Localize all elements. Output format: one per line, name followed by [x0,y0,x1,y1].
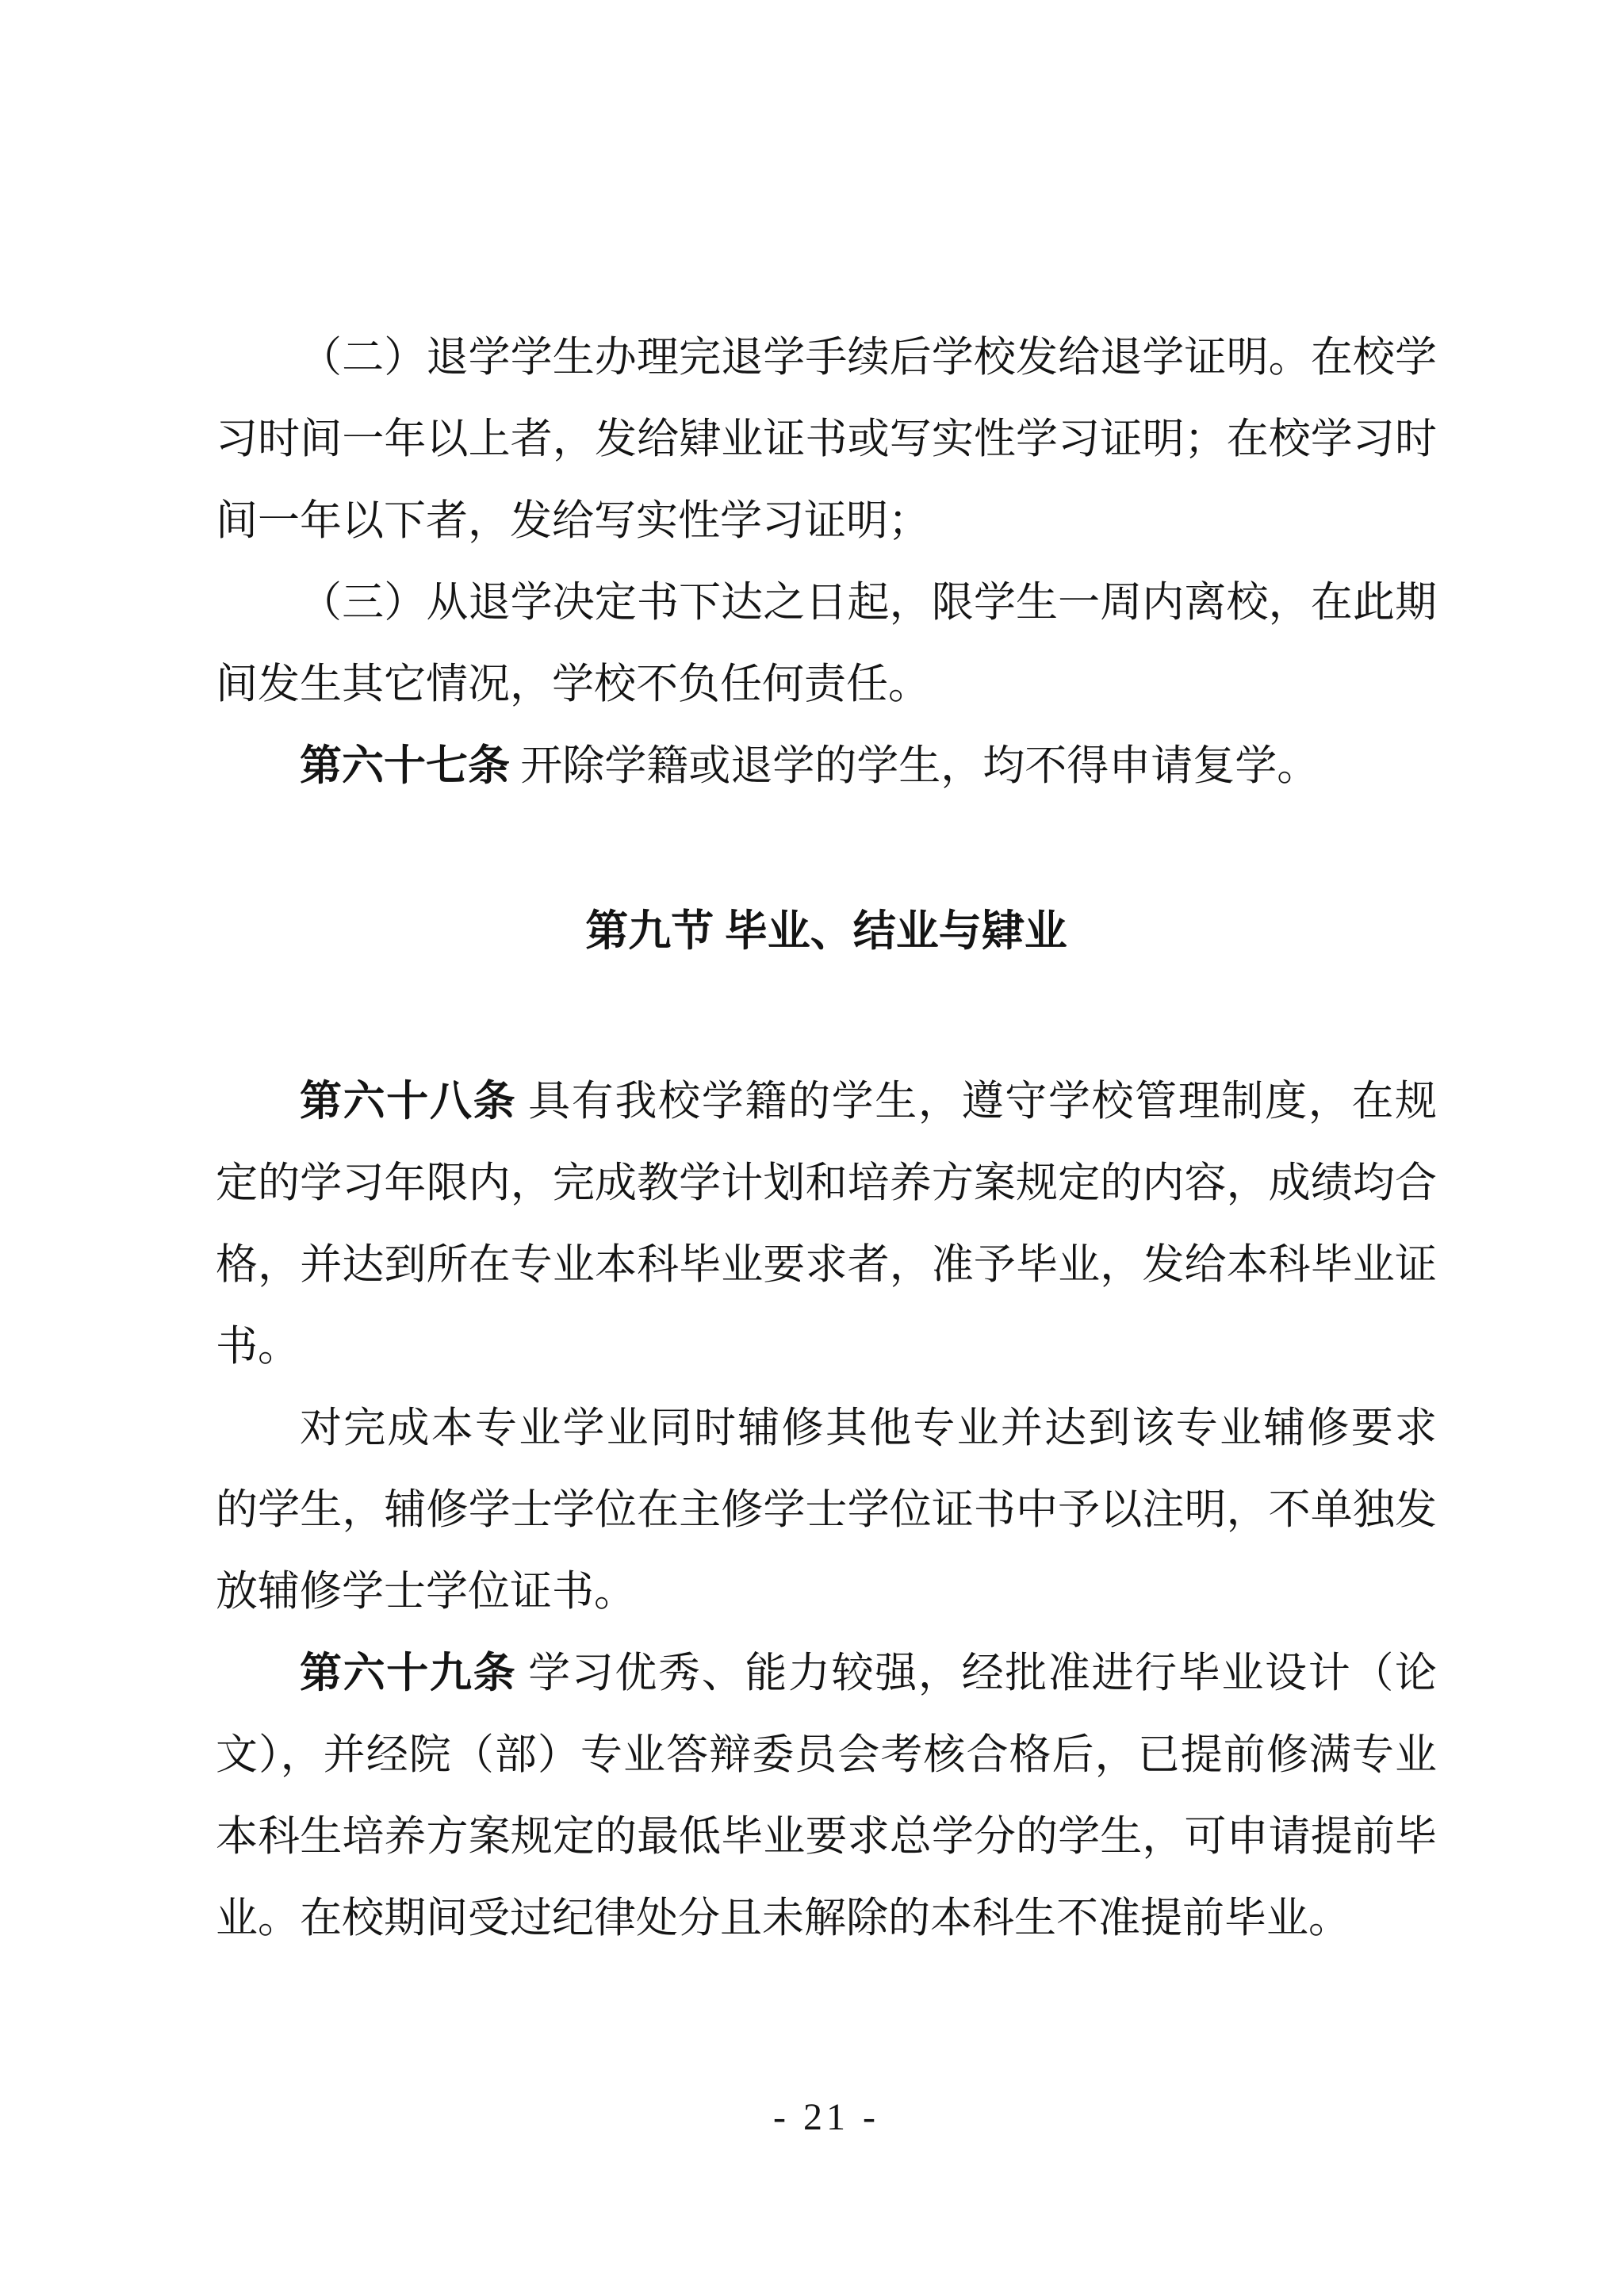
page-number: - 21 - [216,2076,1437,2158]
para-leave-campus-line-2: 间发生其它情况，学校不负任何责任。 [216,644,1437,726]
para-leave-campus-line-1: （三）从退学决定书下达之日起，限学生一周内离校，在此期 [216,562,1437,644]
article-68-line-2: 定的学习年限内，完成教学计划和培养方案规定的内容，成绩均合 [216,1143,1437,1225]
para-minor-degree-line-3: 放辅修学士学位证书。 [216,1551,1437,1633]
article-68-line-3: 格，并达到所在专业本科毕业要求者，准予毕业，发给本科毕业证 [216,1225,1437,1306]
section-9-heading: 第九节 毕业、结业与肄业 [216,891,1437,972]
document-page: （二）退学学生办理完退学手续后学校发给退学证明。在校学 习时间一年以上者，发给肄… [0,0,1624,2296]
article-68-text: 具有我校学籍的学生，遵守学校管理制度，在规 [516,1079,1437,1125]
para-withdrawal-cert-line-3: 间一年以下者，发给写实性学习证明； [216,481,1437,562]
article-68-number: 第六十八条 [300,1079,516,1125]
article-69-line-3: 本科生培养方案规定的最低毕业要求总学分的学生，可申请提前毕 [216,1796,1437,1878]
page-body-text: （二）退学学生办理完退学手续后学校发给退学证明。在校学 习时间一年以上者，发给肄… [216,317,1437,1960]
article-67-line: 第六十七条 开除学籍或退学的学生，均不得申请复学。 [216,726,1437,807]
article-68-line-1: 第六十八条 具有我校学籍的学生，遵守学校管理制度，在规 [216,1061,1437,1143]
article-67-number: 第六十七条 [300,743,510,789]
article-69-line-1: 第六十九条 学习优秀、能力较强，经批准进行毕业设计（论 [216,1633,1437,1715]
article-68-line-4: 书。 [216,1306,1437,1388]
article-69-text: 学习优秀、能力较强，经批准进行毕业设计（论 [516,1650,1437,1696]
para-minor-degree-line-1: 对完成本专业学业同时辅修其他专业并达到该专业辅修要求 [216,1388,1437,1470]
article-69-number: 第六十九条 [300,1650,516,1696]
article-69-line-4: 业。在校期间受过纪律处分且未解除的本科生不准提前毕业。 [216,1878,1437,1960]
article-67-text: 开除学籍或退学的学生，均不得申请复学。 [510,743,1319,789]
para-withdrawal-cert-line-1: （二）退学学生办理完退学手续后学校发给退学证明。在校学 [216,317,1437,399]
article-69-line-2: 文），并经院（部）专业答辩委员会考核合格后，已提前修满专业 [216,1715,1437,1796]
para-minor-degree-line-2: 的学生，辅修学士学位在主修学士学位证书中予以注明，不单独发 [216,1470,1437,1551]
para-withdrawal-cert-line-2: 习时间一年以上者，发给肄业证书或写实性学习证明；在校学习时 [216,399,1437,481]
